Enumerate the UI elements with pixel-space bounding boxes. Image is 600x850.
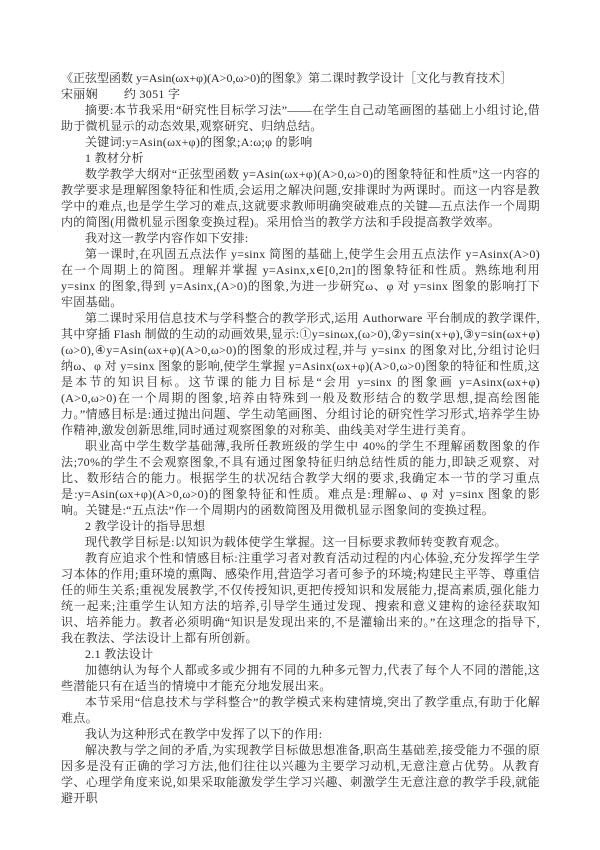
section-1-heading: 1 教材分析 <box>61 150 540 166</box>
section-1-paragraph: 第一课时,在巩固五点法作 y=sinx 简图的基础上,使学生会用五点法作 y=A… <box>61 246 540 310</box>
section-2-1-paragraph: 本节采用“信息技术与学科整合”的教学模式来构建情境,突出了教学重点,有助于化解难… <box>61 694 540 726</box>
section-2-1-paragraph: 解决教与学之间的矛盾,为实现教学目标做思想准备,职高生基础差,接受能力不强的原因… <box>61 742 540 806</box>
document-title: 《正弦型函数 y=Asin(ωx+φ)(A>0,ω>0)的图象》第二课时教学设计… <box>61 70 540 86</box>
word-count: 约 3051 字 <box>124 87 180 101</box>
section-2-paragraph: 现代教学目标是:以知识为载体使学生掌握。这一目标要求教师转变教育观念。 <box>61 534 540 550</box>
section-2-1-paragraph: 我认为这种形式在教学中发挥了以下的作用: <box>61 726 540 742</box>
section-2-paragraph: 教育应追求个性和情感目标:注重学习者对教育活动过程的内心体验,充分发挥学生学习本… <box>61 550 540 646</box>
section-1-paragraph: 第二课时采用信息技术与学科整合的教学形式,运用 Authorware 平台制成的… <box>61 310 540 438</box>
section-1-paragraph: 我对这一教学内容作如下安排: <box>61 230 540 246</box>
abstract-paragraph: 摘要:本节我采用“研究性目标学习法”——在学生自己动笔画图的基础上小组讨论,借助… <box>61 102 540 134</box>
section-2-1-heading: 2.1 教法设计 <box>61 646 540 662</box>
document-page: 《正弦型函数 y=Asin(ωx+φ)(A>0,ω>0)的图象》第二课时教学设计… <box>61 70 540 806</box>
section-2-1-paragraph: 加德纳认为每个人都或多或少拥有不同的九种多元智力,代表了每个人不同的潜能,这些潜… <box>61 662 540 694</box>
author-name: 宋丽娴 <box>61 87 98 101</box>
section-1-paragraph: 数学教学大纲对“正弦型函数 y=Asin(ωx+φ)(A>0,ω>0)的图象特征… <box>61 166 540 230</box>
byline: 宋丽娴约 3051 字 <box>61 86 540 102</box>
keywords-line: 关键词:y=Asin(ωx+φ)的图象;A:ω;φ 的影响 <box>61 134 540 150</box>
section-1-paragraph: 职业高中学生数学基础薄,我所任教班级的学生中 40%的学生不理解函数图象的作法;… <box>61 438 540 518</box>
section-2-heading: 2 教学设计的指导思想 <box>61 518 540 534</box>
